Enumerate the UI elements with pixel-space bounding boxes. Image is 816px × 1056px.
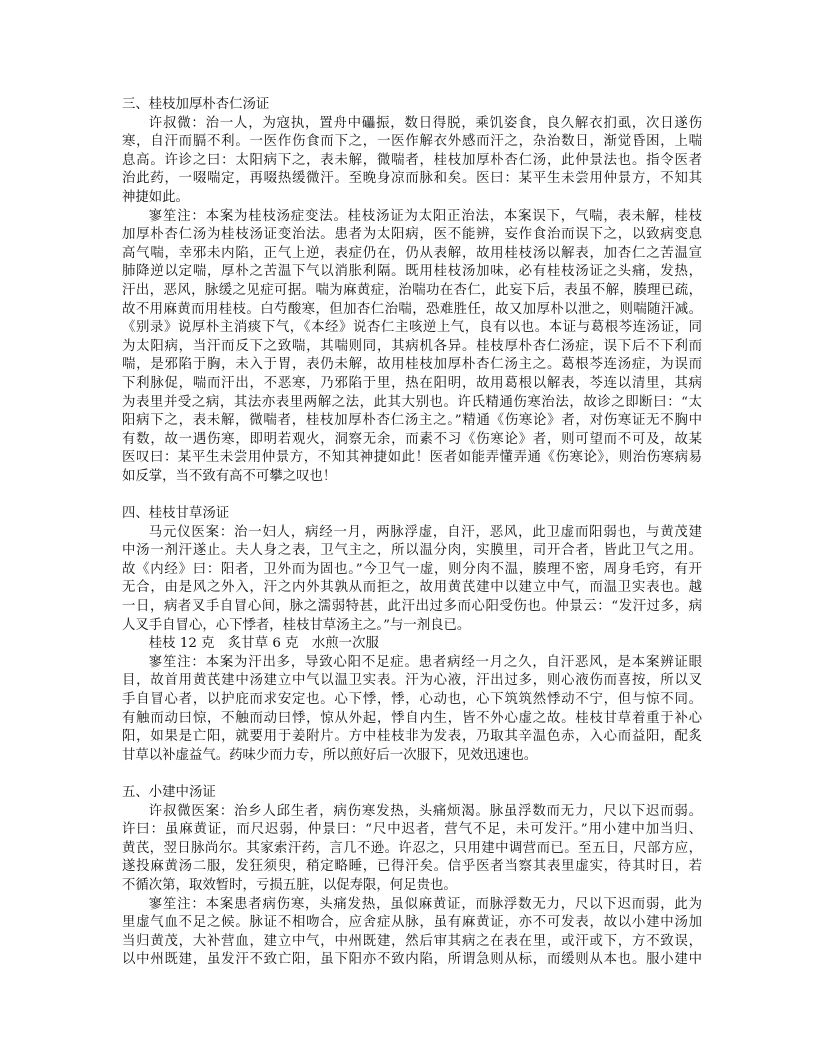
section-spacer (122, 486, 702, 505)
text-line: 加厚朴杏仁汤为桂枝汤证变治法。患者为太阳病，医不能辨，妄作食治而误下之，以致病变… (122, 226, 702, 245)
text-line: 一日，病者叉手自冒心间，脉之濡弱特甚，此汗出过多而心阳受伤也。仲景云：“发汗过多… (122, 598, 702, 617)
text-line: 当归黄茂，大补营血，建立中气，中州既建，然后审其病之在表在里，或汗或下，方不致误… (122, 933, 702, 952)
text-line: 寥笙注：本案为汗出多，导致心阳不足症。患者病经一月之久，自汗恶风，是本案辨证眼 (122, 654, 702, 673)
text-line: 许叔微：治一人，为寇执，置舟中礧振，数日得脱，乘饥姿食，良久解衣扪虱，次日遂伤 (122, 115, 702, 134)
text-line: 汗出，恶风，脉缓之见症可据。喘为麻黄症，治喘功在杏仁，此妄下后，表虽不解，腠理已… (122, 282, 702, 301)
text-line: 寒，自汗而膈不利。一医作伤食而下之，一医作解衣外感而汗之，杂治数日，渐觉昏困，上… (122, 133, 702, 152)
text-line: 神捷如此。 (122, 189, 702, 208)
text-line: 以中州既建，虽发汗不致亡阳，虽下阳亦不致内陷，所谓急则从标，而缓则从本也。服小建… (122, 951, 702, 970)
text-line: 甘草以补虚益气。药味少而力专，所以煎好后一次服下，见效迅速也。 (122, 747, 702, 766)
text-line: 中汤一剂汗遂止。夫人身之表，卫气主之，所以温分肉，实膜里，司开合者，皆此卫气之用… (122, 542, 702, 561)
text-line: 许曰：虽麻黄证，而尺迟弱，仲景曰：“尺中迟者，营气不足，未可发汗。”用小建中加当… (122, 821, 702, 840)
text-line: 肺降逆以定喘，厚朴之苦温下气以消胀利隔。既用桂枝汤加味，必有桂枝汤证之头痛，发热… (122, 263, 702, 282)
text-line: 无合，由是风之外入，汗之内外其孰从而拒之，故用黄芪建中以建立中气，而温卫实表也。… (122, 579, 702, 598)
text-line: 故不用麻黄而用桂枝。白芍酸寒，但加杏仁治喘，恐难胜任，故又加厚朴以泄之，则喘随汗… (122, 301, 702, 320)
text-line: 遂投麻黄汤二服，发狂须臾，稍定略睡，已得汗矣。信乎医者当察其表里虚实，待其时日，… (122, 858, 702, 877)
text-line: 马元仪医案：治一妇人，病经一月，两脉浮虚，自汗，恶风，此卫虚而阳弱也，与黄茂建 (122, 524, 702, 543)
section-heading: 三、桂枝加厚朴杏仁汤证 (122, 96, 702, 115)
text-line: 里虚气血不足之候。脉证不相吻合，应舍症从脉，虽有麻黄证，亦不可发表，故以小建中汤… (122, 914, 702, 933)
text-line: 阳，如果是亡阳，就要用于姜附片。方中桂枝非为发表，乃取其辛温色赤，入心而益阳，配… (122, 728, 702, 747)
text-line: 有数，故一遇伤寒，即明若观火，洞察无余，而素不习《伤寒论》者，则可望而不可及，故… (122, 431, 702, 450)
text-line: 人叉手自冒心，心下悸者，桂枝甘草汤主之。”与一剂良已。 (122, 617, 702, 636)
text-line: 下利脉促，喘而汗出，不恶寒，乃邪陷于里，热在阳明，故用葛根以解表，芩连以清里，其… (122, 375, 702, 394)
text-line: 许叔微医案：治乡人邱生者，病伤寒发热，头痛烦渴。脉虽浮数而无力，尺以下迟而弱。 (122, 803, 702, 822)
text-line: 为太阳病，当汗而反下之致喘，其喘则同，其病机各异。桂枝厚朴杏仁汤症，误下后不下利… (122, 338, 702, 357)
prescription-line: 桂枝 12 克 炙甘草 6 克 水煎一次服 (122, 635, 702, 654)
text-line: 目，故首用黄芪建中汤建立中气以温卫实表。汗为心液，汗出过多，则心液伤而喜按，所以… (122, 672, 702, 691)
text-line: 寥笙注：本案为桂枝汤症变法。桂枝汤证为太阳正治法，本案误下，气喘，表未解，桂枝 (122, 208, 702, 227)
text-line: 治此药，一啜喘定，再啜热缓微汗。至晚身凉而脉和矣。医曰：某平生未尝用仲景方，不知… (122, 170, 702, 189)
text-line: 手自冒心者，以护庇而求安定也。心下悸，悸，心动也，心下筑筑然悸动不宁，但与惊不同… (122, 691, 702, 710)
section-heading: 五、小建中汤证 (122, 784, 702, 803)
text-line: 如反掌，当不致有高不可攀之叹也！ (122, 468, 702, 487)
text-line: 《别录》说厚朴主消痰下气，《本经》说杏仁主咳逆上气，良有以也。本证与葛根芩连汤证… (122, 319, 702, 338)
text-line: 阳病下之，表未解，微喘者，桂枝加厚朴杏仁汤主之。”精通《伤寒论》者，对伤寒证无不… (122, 412, 702, 431)
text-line: 医叹曰：某平生未尝用仲景方，不知其神捷如此！医者如能弄懂弄通《伤寒论》，则治伤寒… (122, 449, 702, 468)
text-line: 寥笙注：本案患者病伤寒，头痛发热，虽似麻黄证，而脉浮数无力，尺以下迟而弱，此为 (122, 896, 702, 915)
text-line: 高气喘，幸邪未内陷，正气上逆，表症仍在，仍从表解，故用桂枝汤以解表，加杏仁之苦温… (122, 245, 702, 264)
document-page: 三、桂枝加厚朴杏仁汤证 许叔微：治一人，为寇执，置舟中礧振，数日得脱，乘饥姿食，… (122, 96, 702, 970)
text-line: 为表里并受之病，其法亦表里两解之法，此其大别也。许氏精通伤寒治法，故诊之即断曰：… (122, 394, 702, 413)
text-line: 息高。许诊之曰：太阳病下之，表未解，微喘者，桂枝加厚朴杏仁汤，此仲景法也。指令医… (122, 152, 702, 171)
text-line: 故《内经》曰：阳者，卫外而为固也。”今卫气一虚，则分肉不温，腠理不密，周身毛窍，… (122, 561, 702, 580)
section-heading: 四、桂枝甘草汤证 (122, 505, 702, 524)
text-line: 有触而动曰惊，不触而动曰悸，惊从外起，悸自内生，皆不外心虚之故。桂枝甘草着重于补… (122, 710, 702, 729)
section-spacer (122, 765, 702, 784)
text-line: 喘，是邪陷于胸，未入于胃，表仍未解，故用桂枝加厚朴杏仁汤主之。葛根芩连汤症，为误… (122, 356, 702, 375)
text-line: 黄芪，翌日脉尚尔。其家索汗药，言几不逊。许忍之，只用建中调营而已。至五日，尺部方… (122, 840, 702, 859)
text-line: 不循次第，取效暂时，亏损五脏，以促寿限，何足贵也。 (122, 877, 702, 896)
